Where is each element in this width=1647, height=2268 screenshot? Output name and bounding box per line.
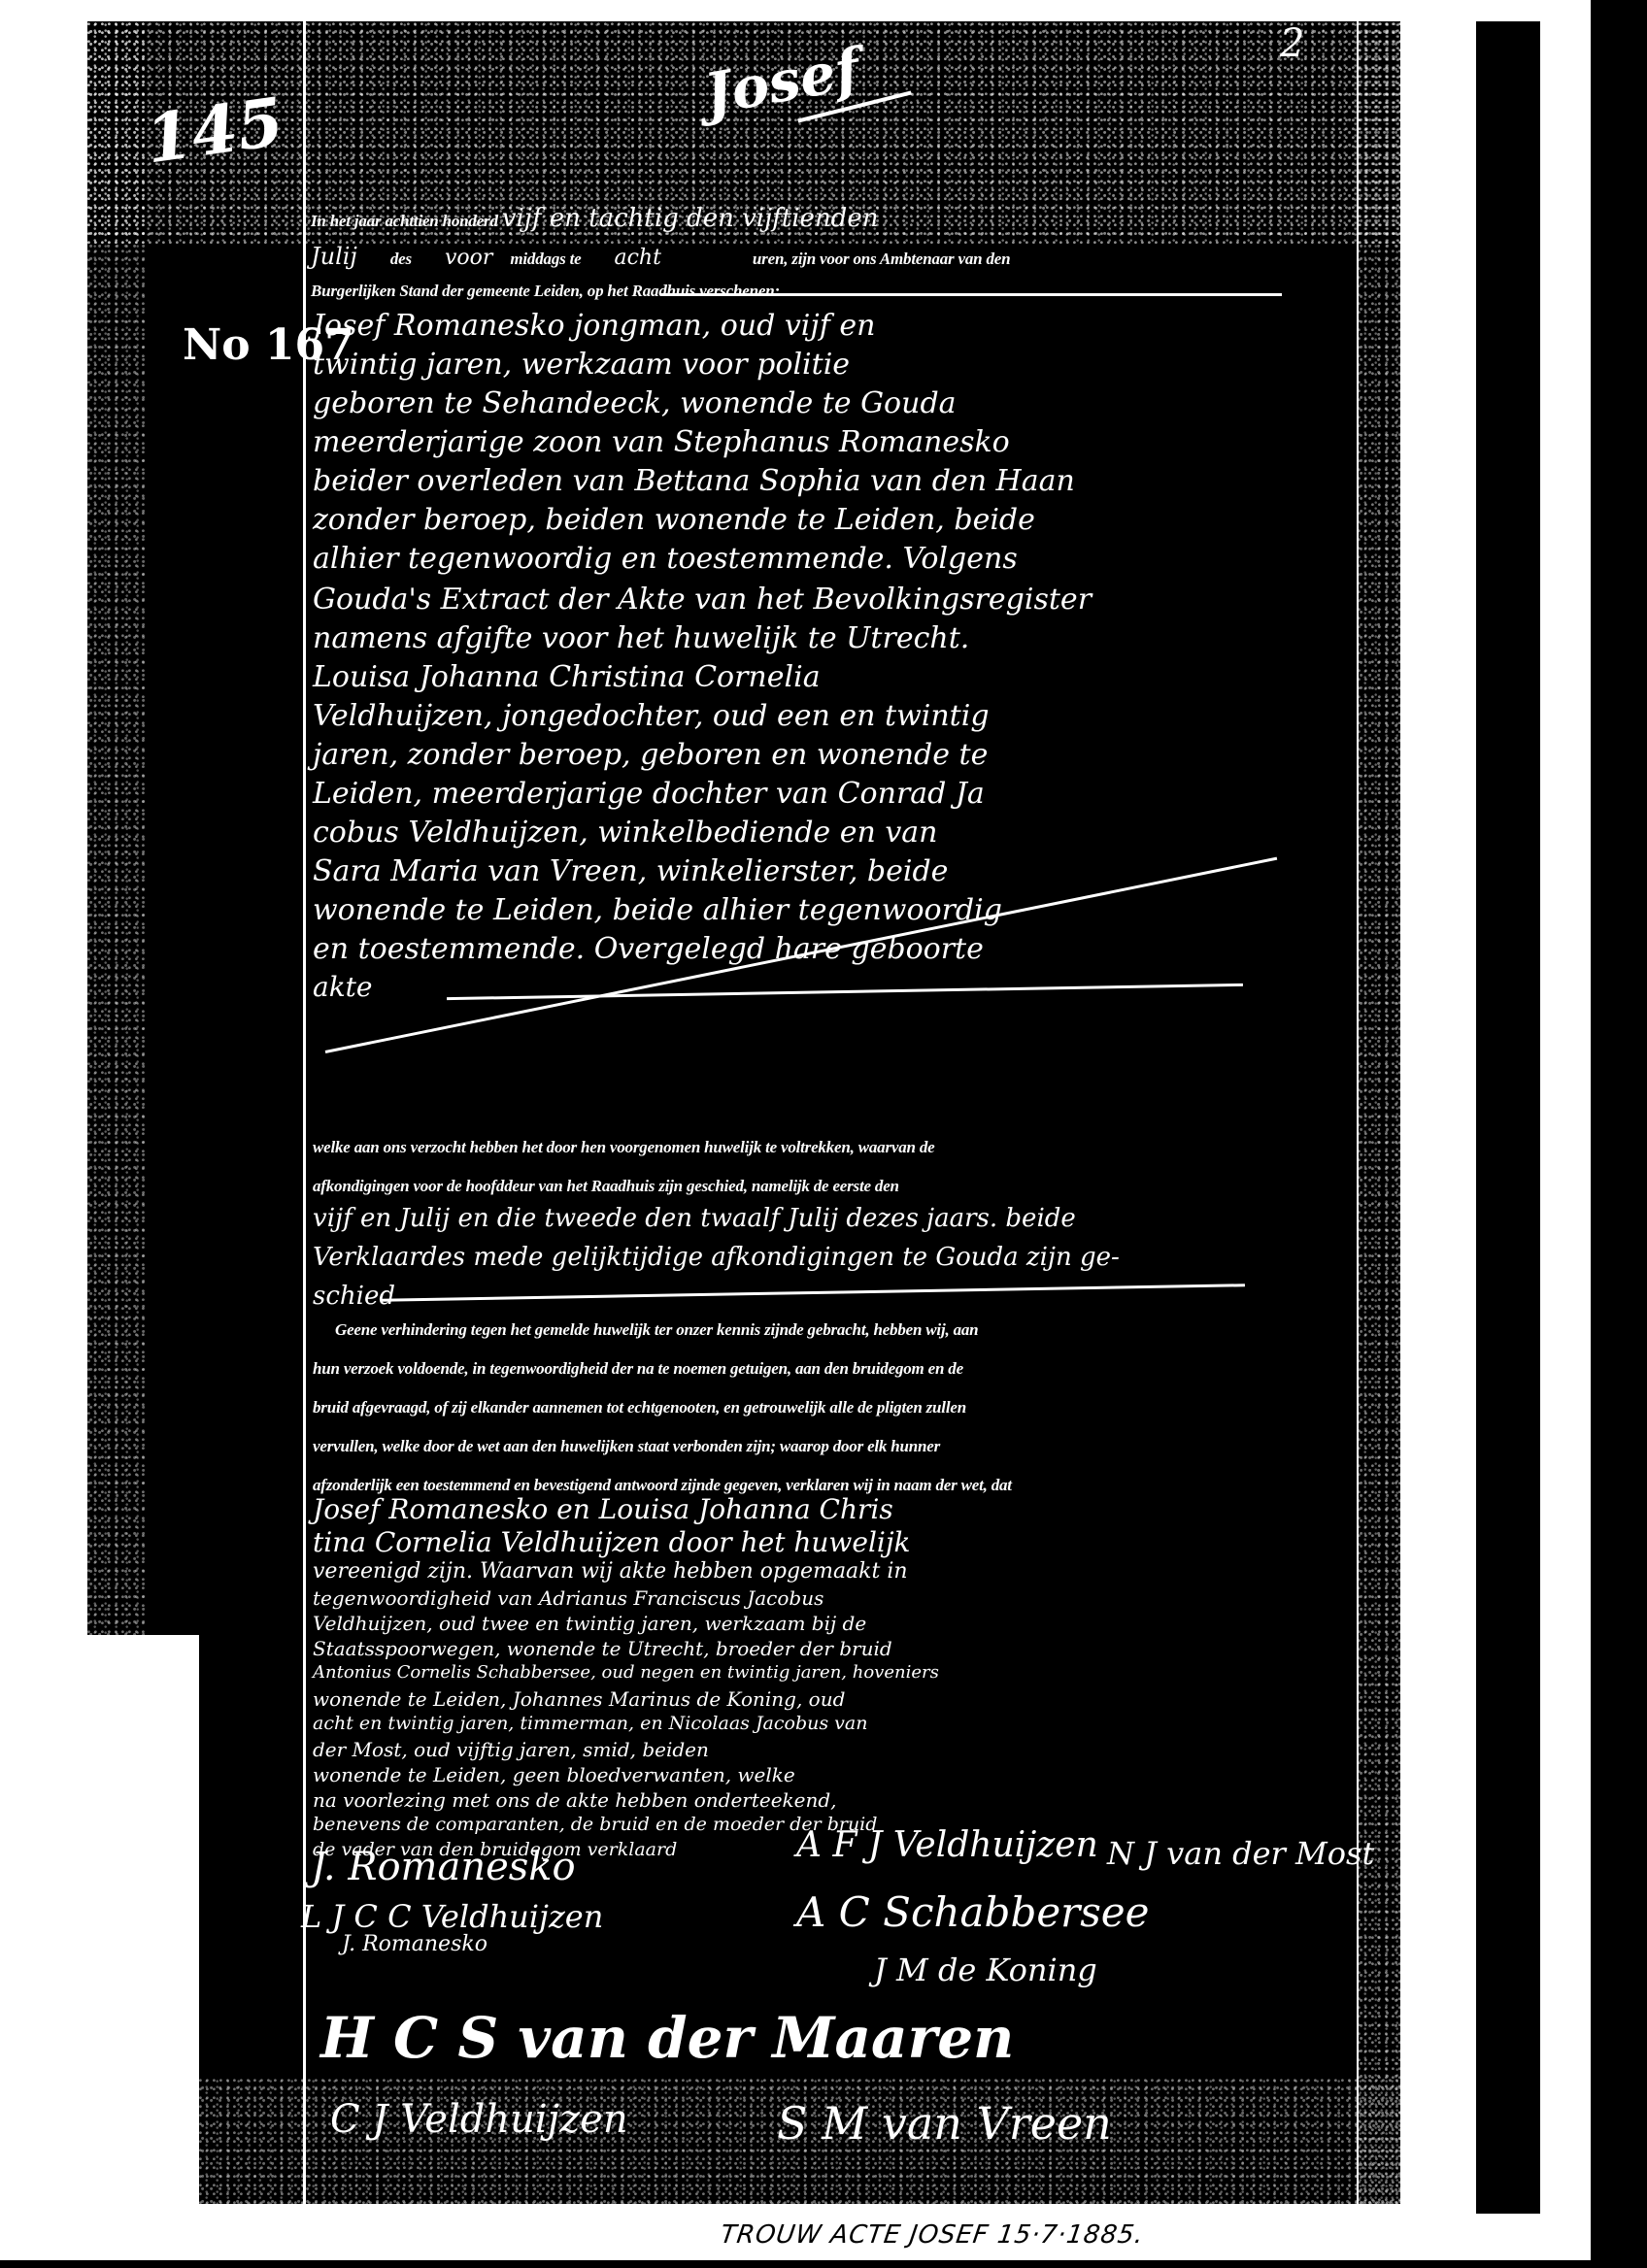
declaration-line: hun verzoek voldoende, in tegenwoordighe… — [313, 1359, 963, 1379]
intro-printed: In het jaar achttien honderd — [311, 212, 498, 230]
declaration-line: vervullen, welke door de wet aan den huw… — [313, 1437, 940, 1456]
signature-witness-4: J M de Koning — [874, 1951, 1097, 1988]
footer-caption: TROUW ACTE JOSEF 15·7·1885. — [719, 2220, 1146, 2250]
proclamation-line-1: welke aan ons verzocht hebben het door h… — [313, 1138, 935, 1157]
declaration-line: Geene verhindering tegen het gemelde huw… — [335, 1320, 978, 1340]
printed-text: hun verzoek voldoende, in tegenwoordighe… — [313, 1359, 963, 1378]
printed-text: bruid afgevraagd, of zij elkander aannem… — [313, 1398, 966, 1417]
handwritten-hour: acht — [614, 246, 660, 270]
printed-burgerlijken: Burgerlijken Stand der gemeente Leiden, … — [311, 282, 780, 300]
signature-bride-mother: S M van Vreen — [777, 2097, 1112, 2150]
handwritten-voor: voor — [445, 246, 492, 270]
printed-text: welke aan ons verzocht hebben het door h… — [313, 1138, 935, 1156]
intro-handwritten: vijf en tachtig den vijftienden — [502, 204, 879, 233]
signature-father: J. Romanesko — [342, 1932, 487, 1956]
scan-edge-right — [1591, 0, 1647, 2268]
printed-text: vervullen, welke door de wet aan den huw… — [313, 1437, 940, 1455]
intro-line-1: In het jaar achttien honderd vijf en tac… — [311, 204, 1355, 233]
signature-witness-1: A F J Veldhuijzen — [796, 1825, 1098, 1865]
signature-witness-2: N J van der Most — [1107, 1835, 1374, 1872]
signature-bride-father: C J Veldhuijzen — [330, 2097, 628, 2142]
corner-mark: 2 — [1280, 21, 1304, 66]
scan-noise-right — [1358, 21, 1400, 2204]
signature-witness-3: A C Schabbersee — [796, 1888, 1150, 1936]
signature-bride: L J C C Veldhuijzen — [301, 1898, 603, 1935]
proclamation-line-4: Verklaardes mede gelijktijdige afkondigi… — [313, 1243, 1120, 1272]
printed-des: des — [390, 250, 412, 268]
printed-text: afkondigingen voor de hoofddeur van het … — [313, 1177, 899, 1195]
signature-groom: J. Romanesko — [311, 1845, 576, 1889]
proclamation-line-5: schied — [313, 1282, 395, 1311]
printed-uren: uren, zijn voor ons Ambtenaar van den — [753, 250, 1010, 268]
printed-text: Geene verhindering tegen het gemelde huw… — [335, 1320, 978, 1339]
scan-noise-left — [87, 21, 146, 1635]
black-strip — [1476, 21, 1540, 2214]
printed-text: afzonderlijk een toestemmend en bevestig… — [313, 1476, 1012, 1494]
intro-line-2: Julij des voor middags te acht uren, zij… — [311, 243, 1355, 270]
intro-fill-line — [660, 293, 1282, 296]
declaration-line: afzonderlijk een toestemmend en bevestig… — [313, 1476, 1012, 1495]
printed-middags: middags te — [510, 250, 581, 268]
right-margin-rule — [1357, 21, 1359, 2204]
signature-registrar: H C S van der Maaren — [320, 2005, 1014, 2071]
month-handwritten: Julij — [311, 243, 357, 270]
proclamation-line-2: afkondigingen voor de hoofddeur van het … — [313, 1177, 899, 1196]
declaration-line: bruid afgevraagd, of zij elkander aannem… — [313, 1398, 966, 1417]
proclamation-line-3: vijf en Julij en die tweede den twaalf J… — [313, 1204, 1076, 1233]
scan-edge-bottom — [0, 2260, 1647, 2268]
intro-line-3: Burgerlijken Stand der gemeente Leiden, … — [311, 282, 780, 301]
